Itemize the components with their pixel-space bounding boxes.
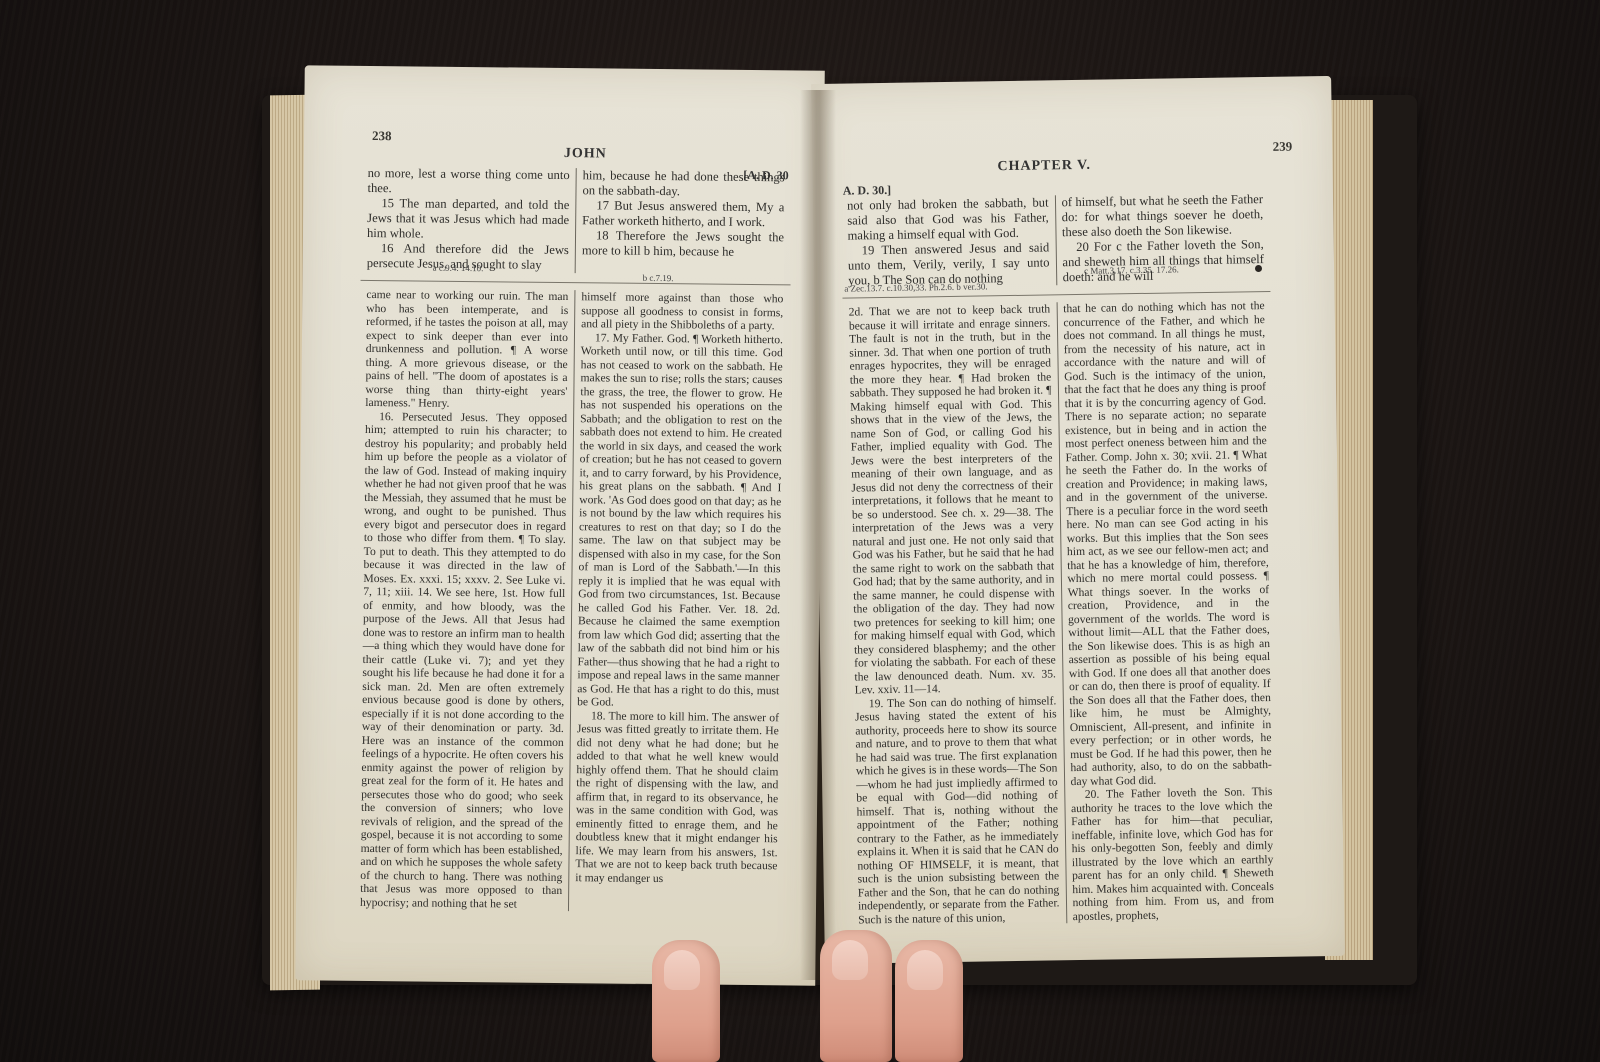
page-number: 238 xyxy=(372,128,392,144)
commentary-text: came near to working our ruin. The man w… xyxy=(354,288,790,913)
page-number: 239 xyxy=(1273,139,1293,155)
right-page: 239 CHAPTER V. A. D. 30.] not only had b… xyxy=(811,76,1345,964)
scripture-column-2: him, because he had done these things on… xyxy=(576,168,791,275)
year-marker: A. D. 30.] xyxy=(843,183,892,199)
horizontal-rule xyxy=(361,280,791,286)
cross-references: a Zec.13.7. c.10.30,33. Ph.2.6. b ver.30… xyxy=(844,281,987,293)
cross-references: b c.7.19. xyxy=(643,273,674,283)
commentary-column-1: 2d. That we are not to keep back truth b… xyxy=(843,302,1066,926)
fingernail xyxy=(907,950,943,990)
left-page: 238 JOHN [A. D. 30 no more, lest a worse… xyxy=(295,65,825,985)
commentary-column-2: himself more against than those who supp… xyxy=(569,290,789,913)
scripture-text: no more, lest a worse thing come unto th… xyxy=(361,166,792,275)
commentary-column-1: came near to working our ruin. The man w… xyxy=(354,288,574,911)
cross-references: a c.9.4. 14.10. xyxy=(433,263,484,274)
commentary-text: 2d. That we are not to keep back truth b… xyxy=(843,299,1281,927)
scripture-column-1: not only had broken the sabbath, but sai… xyxy=(841,195,1056,288)
book-gutter-shadow xyxy=(800,90,836,980)
cross-references: c Matt.3.17. c.3.35. 17.26. xyxy=(1084,264,1179,275)
scripture-text: not only had broken the sabbath, but sai… xyxy=(841,192,1270,289)
commentary-column-2: that he can do nothing which has not the… xyxy=(1057,299,1280,923)
finger-middle xyxy=(820,930,892,1062)
fingernail xyxy=(832,940,868,980)
scripture-column-1: no more, lest a worse thing come unto th… xyxy=(361,166,576,273)
ink-spot xyxy=(1255,265,1262,272)
finger-right xyxy=(895,940,963,1062)
running-head: CHAPTER V. xyxy=(997,158,1091,175)
finger-left xyxy=(652,940,720,1062)
fingernail xyxy=(664,950,700,990)
running-head: JOHN xyxy=(564,146,607,162)
